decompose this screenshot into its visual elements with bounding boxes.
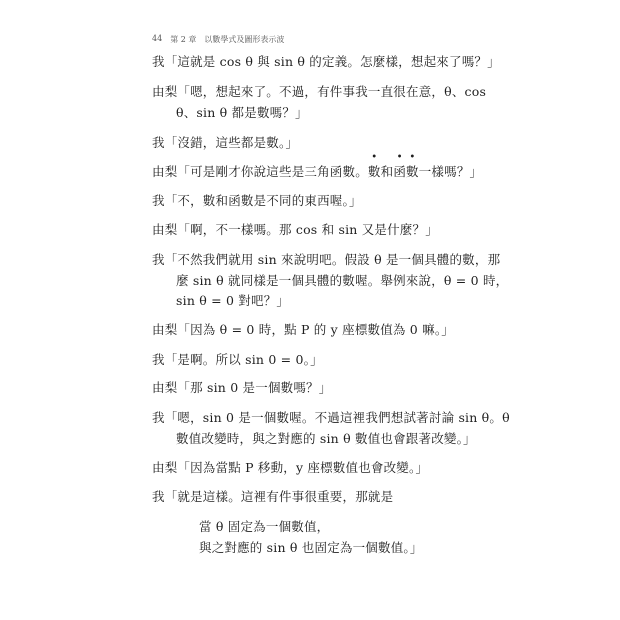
speaker: 我 bbox=[152, 410, 165, 425]
dialogue-text: 「那 sin 0 是一個數嗎？」 bbox=[177, 380, 331, 395]
speaker: 我 bbox=[152, 54, 165, 69]
dialogue-text: 「不然我們就用 sin 來說明吧。假設 θ 是一個具體的數，那 bbox=[165, 252, 501, 267]
speaker: 我 bbox=[152, 252, 165, 267]
page-header: 44 第 2 章 以數學式及圖形表示波 bbox=[152, 34, 284, 45]
dialogue-text: 「這就是 cos θ 與 sin θ 的定義。怎麼樣，想起來了嗎？」 bbox=[165, 54, 500, 69]
speaker: 我 bbox=[152, 135, 165, 150]
dialogue-text: 「就是這樣。這裡有件事很重要，那就是 bbox=[165, 489, 394, 504]
emphasis-char: 函 bbox=[393, 164, 406, 179]
dialogue-text: 麼 sin θ 就同樣是一個具體的數喔。舉例來說，θ = 0 時， bbox=[176, 273, 508, 288]
dialogue-text: 「沒錯，這些都是數。」 bbox=[165, 135, 298, 150]
emphasis-char: 數 bbox=[368, 164, 381, 179]
chapter-label: 第 2 章 bbox=[170, 34, 196, 45]
dialogue-text: 「嗯，想起來了。不過，有件事我一直很在意，θ、cos bbox=[177, 84, 486, 99]
dialogue-text: 「不，數和函數是不同的東西喔。」 bbox=[165, 193, 362, 208]
page-number: 44 bbox=[152, 34, 162, 45]
speaker: 我 bbox=[152, 352, 165, 367]
dialogue-text: 「可是剛才你說這些是三角函數。 bbox=[177, 164, 368, 179]
speaker: 由梨 bbox=[152, 222, 177, 237]
quote-line: 與之對應的 sin θ 也固定為一個數值。」 bbox=[199, 540, 423, 555]
dialogue-text: θ、sin θ 都是數嗎？」 bbox=[176, 105, 308, 120]
speaker: 由梨 bbox=[152, 84, 177, 99]
dialogue-text: 一樣嗎？」 bbox=[419, 164, 483, 179]
emphasis-char: 數 bbox=[406, 164, 419, 179]
speaker: 我 bbox=[152, 193, 165, 208]
dialogue-text: 「啊，不一樣嗎。那 cos 和 sin 又是什麼？」 bbox=[177, 222, 438, 237]
speaker: 由梨 bbox=[152, 164, 177, 179]
quote-line: 當 θ 固定為一個數值， bbox=[199, 519, 329, 534]
dialogue-text: 「因為 θ = 0 時，點 P 的 y 座標數值為 0 嘛。」 bbox=[177, 322, 454, 337]
speaker: 由梨 bbox=[152, 380, 177, 395]
dialogue-text: 「是啊。所以 sin 0 = 0。」 bbox=[165, 352, 323, 367]
dialogue-text: 和 bbox=[381, 164, 394, 179]
dialogue-text: 「嗯，sin 0 是一個數喔。不過這裡我們想試著討論 sin θ。θ bbox=[165, 410, 510, 425]
dialogue-text: 數值改變時，與之對應的 sin θ 數值也會跟著改變。」 bbox=[176, 431, 476, 446]
chapter-title: 以數學式及圖形表示波 bbox=[204, 34, 284, 45]
dialogue-text: 「因為當點 P 移動，y 座標數值也會改變。」 bbox=[177, 460, 428, 475]
speaker: 由梨 bbox=[152, 460, 177, 475]
speaker: 由梨 bbox=[152, 322, 177, 337]
speaker: 我 bbox=[152, 489, 165, 504]
dialogue-text: sin θ = 0 對吧？」 bbox=[176, 293, 289, 308]
